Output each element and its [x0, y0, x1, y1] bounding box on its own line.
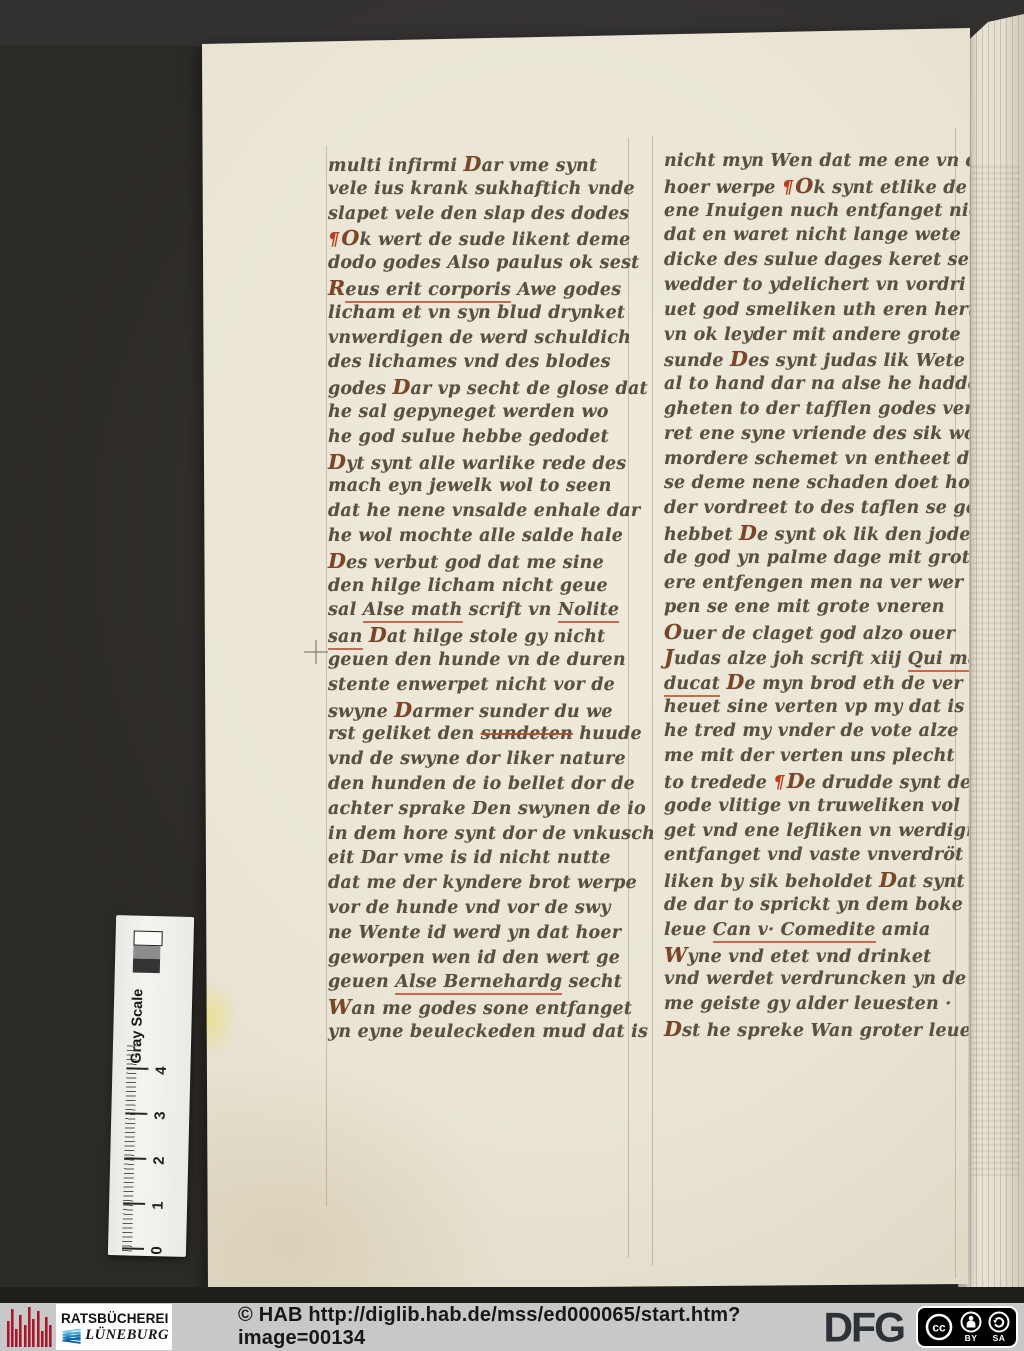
manuscript-line: vor de hunde vnd vor de swy: [328, 896, 646, 921]
manuscript-line: Reus erit corporis Awe godes: [328, 276, 646, 301]
ruler-number: 2: [151, 1151, 168, 1165]
bottom-shadow-band: [0, 1287, 1024, 1303]
manuscript-line: vnd de swyne dor liker nature: [328, 747, 646, 772]
manuscript-line: des lichames vnd des blodes: [328, 350, 646, 375]
manuscript-line: den hunden de io bellet dor de: [328, 772, 646, 797]
manuscript-line: wedder to ydelichert vn vordri: [664, 273, 964, 298]
ruling-line: [652, 136, 653, 1266]
manuscript-line: hebbet De synt ok lik den jode: [664, 521, 964, 546]
manuscript-line: vnwerdigen de werd schuldich: [328, 326, 646, 351]
manuscript-line: vele ius krank sukhaftich vnde: [328, 177, 646, 202]
library-name: RATSBÜCHEREI: [61, 1311, 169, 1327]
manuscript-line: mordere schemet vn entheet dat: [664, 447, 964, 472]
manuscript-line: slapet vele den slap des dodes: [328, 202, 646, 227]
grayscale-patch-gray: [133, 946, 160, 960]
manuscript-line: geworpen wen id den wert ge: [328, 946, 646, 971]
svg-text:cc: cc: [932, 1321, 946, 1335]
cc-by-icon: [960, 1311, 982, 1333]
cc-sa-item: SA: [988, 1311, 1010, 1343]
manuscript-line: Des verbut god dat me sine: [328, 549, 646, 574]
manuscript-line: ene Inuigen nuch entfanget nie: [664, 199, 964, 224]
manuscript-line: Judas alze joh scrift xiij Qui ma: [664, 645, 964, 670]
manuscript-line: Wan me godes sone entfanget: [328, 995, 646, 1020]
waves-icon: [61, 1327, 82, 1345]
parchment-surface: multi infirmi Dar vme syntvele ius krank…: [200, 28, 970, 1292]
manuscript-line: gheten to der tafflen godes ver: [664, 397, 964, 422]
cc-sa-icon: [988, 1311, 1010, 1333]
footer-bar: RATSBÜCHEREI LÜNEBURG © HAB http://digli…: [0, 1303, 1024, 1351]
copyright-text: © HAB http://diglib.hab.de/mss/ed000065/…: [238, 1304, 823, 1350]
manuscript-line: Wyne vnd etet vnd drinket: [664, 943, 964, 968]
manuscript-line: san Dat hilge stole gy nicht: [328, 623, 646, 648]
manuscript-line: he god sulue hebbe gedodet: [328, 425, 646, 450]
manuscript-line: liken by sik beholdet Dat synt: [664, 868, 964, 893]
manuscript-line: ere entfengen men na ver wer: [664, 571, 964, 596]
manuscript-line: de god yn palme dage mit grote: [664, 546, 964, 571]
manuscript-line: licham et vn syn blud drynket: [328, 301, 646, 326]
manuscript-line: dodo godes Also paulus ok sest: [328, 251, 646, 276]
manuscript-line: dat me der kyndere brot werpe: [328, 871, 646, 896]
manuscript-line: se deme nene schaden doet hon ed: [664, 471, 964, 496]
ruler-minor-ticks: [122, 1045, 137, 1251]
manuscript-line: me mit der verten uns plecht: [664, 744, 964, 769]
grayscale-patch-black: [133, 959, 160, 974]
manuscript-line: ne Wente id werd yn dat hoer: [328, 921, 646, 946]
manuscript-line: Dyt synt alle warlike rede des: [328, 450, 646, 475]
manuscript-line: geuen Alse Bernehardg secht: [328, 970, 646, 995]
manuscript-line: dicke des sulue dages keret se sik: [664, 248, 964, 273]
manuscript-line: sal Alse math scrift vn Nolite: [328, 598, 646, 623]
manuscript-line: rst geliket den sundeten huude: [328, 722, 646, 747]
manuscript-line: gode vlitige vn truweliken vol: [664, 794, 964, 819]
manuscript-line: ¶Ok wert de sude likent deme: [328, 226, 646, 251]
text-column-left: multi infirmi Dar vme syntvele ius krank…: [328, 152, 646, 1045]
manuscript-line: sunde Des synt judas lik Wete: [664, 347, 964, 372]
manuscript-line: pen se ene mit grote vneren: [664, 595, 964, 620]
manuscript-line: vn ok leyder mit andere grote: [664, 323, 964, 348]
manuscript-line: stente enwerpet nicht vor de: [328, 673, 646, 698]
cc-license-badge: cc BY SA: [916, 1306, 1018, 1348]
library-logo: RATSBÜCHEREI LÜNEBURG: [56, 1304, 172, 1350]
manuscript-line: nicht myn Wen dat me ene vn de: [664, 149, 964, 174]
manuscript-line: uet god smeliken uth eren herte: [664, 298, 964, 323]
manuscript-line: ret ene syne vriende des sik wol: [664, 422, 964, 447]
ruling-line: [326, 146, 327, 1206]
manuscript-line: al to hand dar na alse he hadde: [664, 372, 964, 397]
manuscript-line: ducat De myn brod eth de ver: [664, 670, 964, 695]
library-bars-icon: [6, 1307, 52, 1347]
scan-viewport: multi infirmi Dar vme syntvele ius krank…: [0, 0, 1024, 1351]
manuscript-line: geuen den hunde vn de duren: [328, 648, 646, 673]
cc-icon: cc: [924, 1312, 954, 1342]
manuscript-line: dat he nene vnsalde enhale dar: [328, 499, 646, 524]
manuscript-line: eit Dar vme is id nicht nutte: [328, 846, 646, 871]
dfg-logo: DFG: [823, 1305, 904, 1350]
manuscript-page: multi infirmi Dar vme syntvele ius krank…: [200, 28, 970, 1292]
manuscript-line: entfanget vnd vaste vnverdröt: [664, 843, 964, 868]
manuscript-line: den hilge licham nicht geue: [328, 574, 646, 599]
cc-sa-label: SA: [993, 1334, 1006, 1343]
manuscript-line: der vordreet to des taflen se gete: [664, 496, 964, 521]
manuscript-line: mach eyn jewelk wol to seen: [328, 474, 646, 499]
cc-by-label: BY: [965, 1334, 978, 1343]
ruler-number: 4: [153, 1061, 170, 1075]
text-column-right: nicht myn Wen dat me ene vn dehoer werpe…: [664, 149, 964, 1042]
manuscript-line: godes Dar vp secht de glose dat: [328, 375, 646, 400]
manuscript-line: to tredede ¶De drudde synt de: [664, 769, 964, 794]
manuscript-line: hoer werpe ¶Ok synt etlike de: [664, 174, 964, 199]
manuscript-line: heuet sine verten vp my dat is: [664, 695, 964, 720]
grayscale-patch-white: [133, 931, 162, 947]
manuscript-line: achter sprake Den swynen de io: [328, 797, 646, 822]
manuscript-line: get vnd ene lefliken vn werdign: [664, 819, 964, 844]
manuscript-line: in dem hore synt dor de vnkusch: [328, 822, 646, 847]
manuscript-line: multi infirmi Dar vme synt: [328, 152, 646, 177]
manuscript-line: Ouer de claget god alzo ouer: [664, 620, 964, 645]
manuscript-line: he wol mochte alle salde hale: [328, 524, 646, 549]
manuscript-line: me geiste gy alder leuesten ·: [664, 992, 964, 1017]
manuscript-line: vnd werdet verdruncken yn de: [664, 967, 964, 992]
manuscript-line: Dst he spreke Wan groter leue: [664, 1017, 964, 1042]
ruler-number: 0: [148, 1240, 165, 1254]
margin-cross-mark: [304, 640, 328, 664]
manuscript-line: swyne Darmer sunder du we: [328, 698, 646, 723]
ruler-number: 3: [152, 1106, 169, 1120]
manuscript-line: he tred my vnder de vote alze: [664, 719, 964, 744]
manuscript-line: he sal gepyneget werden wo: [328, 400, 646, 425]
cc-by-item: BY: [960, 1311, 982, 1343]
manuscript-line: yn eyne beuleckeden mud dat is: [328, 1020, 646, 1045]
ruler-number: 1: [149, 1196, 166, 1210]
library-city: LÜNEBURG: [85, 1327, 169, 1344]
manuscript-line: leue Can v· Comedite amia: [664, 918, 964, 943]
gray-scale-ruler: Gray Scale 4 3 2 1 0: [108, 915, 194, 1257]
manuscript-line: dat en waret nicht lange wete: [664, 223, 964, 248]
manuscript-line: de dar to sprickt yn dem boke der: [664, 893, 964, 918]
